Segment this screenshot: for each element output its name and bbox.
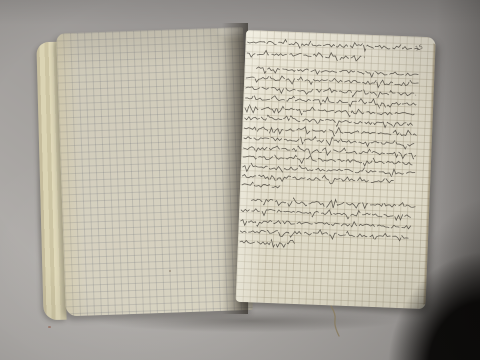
handwriting-line	[244, 134, 414, 149]
bookmark-thread	[320, 295, 360, 340]
handwriting-line	[244, 114, 412, 129]
handwriting-line	[240, 238, 295, 248]
handwriting-line	[241, 206, 411, 221]
notebook: 15	[0, 0, 480, 360]
handwriting-line	[246, 74, 418, 89]
dust-speck	[169, 270, 171, 272]
handwriting-line	[247, 38, 419, 53]
handwriting-line	[243, 153, 413, 168]
handwriting-line	[240, 217, 410, 232]
handwriting-line	[242, 182, 280, 188]
handwriting-line	[240, 227, 408, 242]
handwriting-line	[256, 67, 418, 79]
dust-speck	[48, 326, 51, 328]
handwriting-line	[244, 124, 416, 139]
table-surface: 15	[0, 0, 480, 360]
handwriting-line	[245, 94, 417, 110]
handwriting-line	[246, 84, 416, 99]
thread-strand	[331, 306, 339, 336]
handwriting-line	[243, 163, 415, 178]
handwriting-line	[251, 196, 415, 211]
handwriting-line	[243, 144, 415, 159]
handwriting-line	[247, 49, 365, 61]
handwritten-text	[236, 30, 436, 309]
right-page-handwritten: 15	[236, 30, 436, 309]
